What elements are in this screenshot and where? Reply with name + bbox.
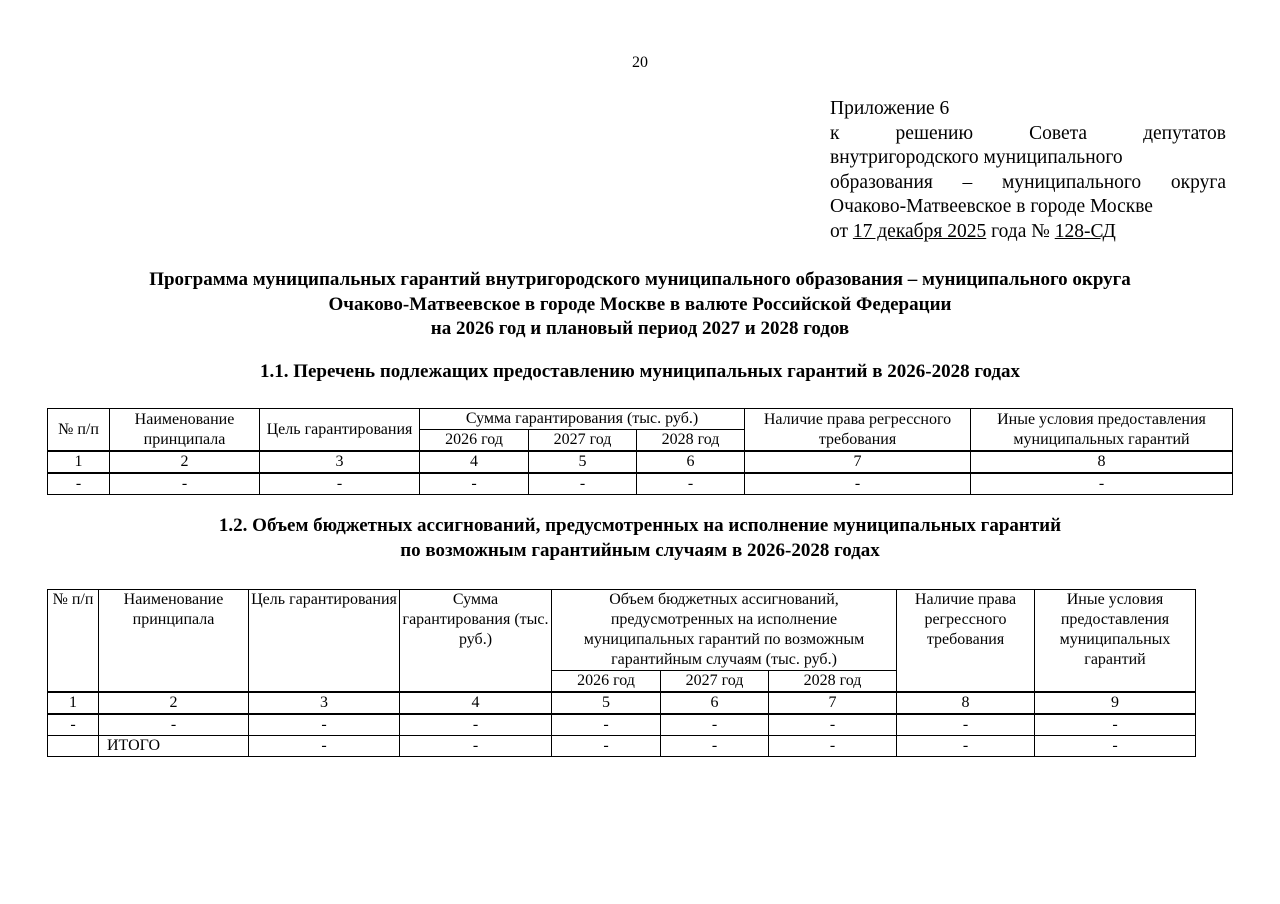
appendix-header: Приложение 6 к решению Совета депутатов … — [830, 97, 1226, 244]
header-principal: Наименование принципала — [110, 409, 260, 452]
cell — [48, 736, 99, 757]
title-line: Программа муниципальных гарантий внутриг… — [40, 268, 1240, 293]
cell: - — [897, 714, 1035, 736]
section2-heading: 1.2. Объем бюджетных ассигнований, преду… — [40, 514, 1240, 563]
heading-line: по возможным гарантийным случаям в 2026-… — [40, 539, 1240, 564]
col-num: 9 — [1035, 692, 1196, 714]
cell: - — [400, 736, 552, 757]
cell: - — [260, 473, 420, 495]
cell: - — [637, 473, 745, 495]
cell: - — [897, 736, 1035, 757]
cell: - — [769, 714, 897, 736]
title-line: Очаково-Матвеевское в городе Москве в ва… — [40, 293, 1240, 318]
cell: - — [249, 736, 400, 757]
header-2027: 2027 год — [661, 671, 769, 693]
col-num: 6 — [637, 451, 745, 473]
col-num: 8 — [897, 692, 1035, 714]
cell: - — [420, 473, 529, 495]
cell: - — [110, 473, 260, 495]
cell: - — [249, 714, 400, 736]
col-num: 7 — [745, 451, 971, 473]
col-num: 8 — [971, 451, 1233, 473]
header-volume: Объем бюджетных ассигнований, предусмотр… — [552, 590, 897, 671]
header-2028: 2028 год — [637, 430, 745, 452]
cell: - — [661, 714, 769, 736]
document-title: Программа муниципальных гарантий внутриг… — [40, 268, 1240, 342]
cell: - — [48, 473, 110, 495]
guarantees-table: № п/п Наименование принципала Цель гаран… — [47, 408, 1233, 495]
header-num: № п/п — [48, 409, 110, 452]
cell: - — [552, 736, 661, 757]
header-num: № п/п — [48, 590, 99, 693]
cell: - — [552, 714, 661, 736]
column-numbers-row: 1 2 3 4 5 6 7 8 9 — [48, 692, 1196, 714]
appendix-line: внутригородского муниципального — [830, 146, 1226, 171]
header-regress: Наличие права регрессного требования — [745, 409, 971, 452]
column-numbers-row: 1 2 3 4 5 6 7 8 — [48, 451, 1233, 473]
col-num: 7 — [769, 692, 897, 714]
page-number: 20 — [0, 54, 1280, 72]
section1-heading: 1.1. Перечень подлежащих предоставлению … — [40, 360, 1240, 385]
total-row: ИТОГО - - - - - - - — [48, 736, 1196, 757]
col-num: 3 — [249, 692, 400, 714]
cell: - — [1035, 714, 1196, 736]
header-2026: 2026 год — [420, 430, 529, 452]
col-num: 4 — [400, 692, 552, 714]
appendix-decision-line: от 17 декабря 2025 года № 128-СД — [830, 220, 1226, 245]
total-label: ИТОГО — [99, 736, 249, 757]
table-row: - - - - - - - - — [48, 473, 1233, 495]
cell: - — [971, 473, 1233, 495]
col-num: 3 — [260, 451, 420, 473]
title-line: на 2026 год и плановый период 2027 и 202… — [40, 317, 1240, 342]
header-other: Иные условия предоставления муниципальны… — [1035, 590, 1196, 693]
header-2027: 2027 год — [529, 430, 637, 452]
header-regress: Наличие права регрессного требования — [897, 590, 1035, 693]
header-sum: Сумма гарантирования (тыс. руб.) — [420, 409, 745, 430]
header-2028: 2028 год — [769, 671, 897, 693]
budget-allocations-table: № п/п Наименование принципала Цель гаран… — [47, 589, 1196, 757]
appendix-line: образования – муниципального округа — [830, 171, 1226, 196]
mid: года № — [986, 221, 1055, 242]
decision-date: 17 декабря 2025 — [853, 221, 986, 242]
table-row: - - - - - - - - - — [48, 714, 1196, 736]
cell: - — [529, 473, 637, 495]
appendix-title: Приложение 6 — [830, 97, 1226, 122]
appendix-line: Очаково-Матвеевское в городе Москве — [830, 195, 1226, 220]
cell: - — [745, 473, 971, 495]
col-num: 4 — [420, 451, 529, 473]
cell: - — [400, 714, 552, 736]
heading-line: 1.2. Объем бюджетных ассигнований, преду… — [40, 514, 1240, 539]
col-num: 5 — [552, 692, 661, 714]
header-2026: 2026 год — [552, 671, 661, 693]
header-goal: Цель гарантирования — [249, 590, 400, 693]
col-num: 1 — [48, 692, 99, 714]
header-principal: Наименование принципала — [99, 590, 249, 693]
col-num: 6 — [661, 692, 769, 714]
cell: - — [661, 736, 769, 757]
col-num: 2 — [99, 692, 249, 714]
cell: - — [48, 714, 99, 736]
header-other: Иные условия предоставления муниципальны… — [971, 409, 1233, 452]
header-sum: Сумма гарантирования (тыс. руб.) — [400, 590, 552, 693]
decision-number: 128-СД — [1055, 221, 1116, 242]
prefix: от — [830, 221, 853, 242]
appendix-line: к решению Совета депутатов — [830, 122, 1226, 147]
col-num: 2 — [110, 451, 260, 473]
header-goal: Цель гарантирования — [260, 409, 420, 452]
col-num: 5 — [529, 451, 637, 473]
cell: - — [769, 736, 897, 757]
cell: - — [99, 714, 249, 736]
col-num: 1 — [48, 451, 110, 473]
cell: - — [1035, 736, 1196, 757]
